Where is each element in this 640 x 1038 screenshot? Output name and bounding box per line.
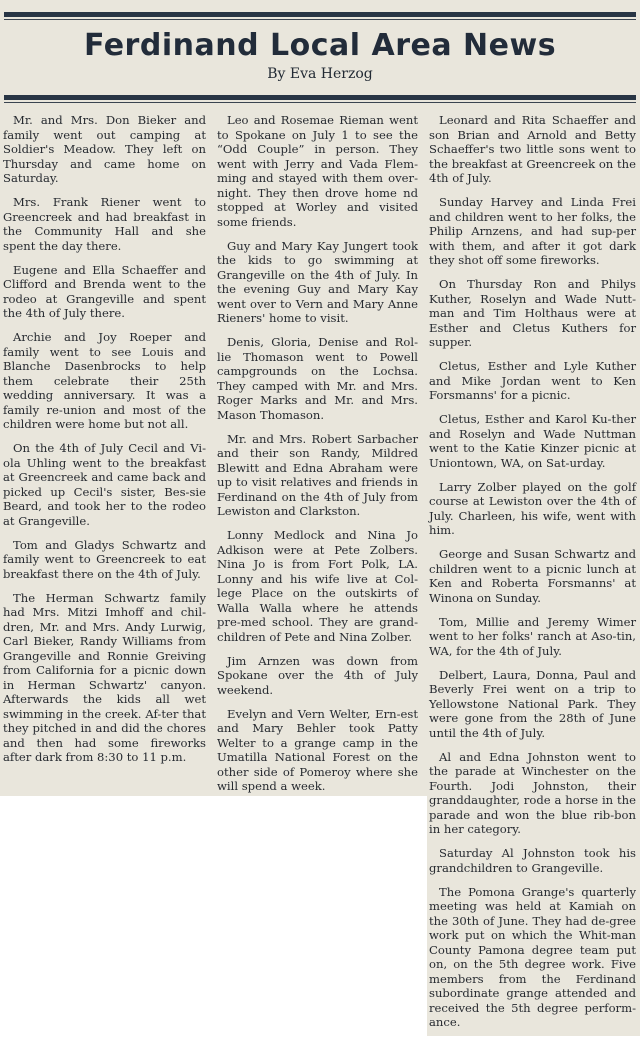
- article-column-1: Mr. and Mrs. Don Bieker and family went …: [3, 113, 206, 774]
- news-item: On Thursday Ron and Philys Kuther, Rosel…: [429, 277, 636, 350]
- article-column-3: Leonard and Rita Schaeffer and son Brian…: [429, 113, 636, 1038]
- news-item: Lonny Medlock and Nina Jo Adkison were a…: [217, 528, 418, 644]
- news-item: Mrs. Frank Riener went to Greencreek and…: [3, 195, 206, 253]
- rule-thick-line: [4, 12, 636, 17]
- rule-thin-line: [4, 19, 636, 20]
- news-item: The Pomona Grange's quarterly meeting wa…: [429, 885, 636, 1030]
- news-item: Sunday Harvey and Linda Frei and childre…: [429, 195, 636, 268]
- rule-thin-line: [4, 102, 636, 103]
- article-column-2: Leo and Rosemae Rieman went to Spokane o…: [217, 113, 418, 803]
- news-item: Leo and Rosemae Rieman went to Spokane o…: [217, 113, 418, 229]
- article-title: Ferdinand Local Area News: [0, 28, 640, 64]
- news-item: Cletus, Esther and Karol Ku-ther and Ros…: [429, 412, 636, 470]
- news-item: George and Susan Schwartz and children w…: [429, 547, 636, 605]
- news-item: Tom, Millie and Jeremy Wimer went to her…: [429, 615, 636, 659]
- news-item: Mr. and Mrs. Don Bieker and family went …: [3, 113, 206, 186]
- news-item: Delbert, Laura, Donna, Paul and Beverly …: [429, 668, 636, 741]
- news-item: Saturday Al Johnston took his grandchild…: [429, 846, 636, 875]
- rule-thick-line: [4, 95, 636, 100]
- news-item: The Herman Schwartz family had Mrs. Mitz…: [3, 591, 206, 765]
- news-item: Leonard and Rita Schaeffer and son Brian…: [429, 113, 636, 186]
- news-item: Tom and Gladys Schwartz and family went …: [3, 538, 206, 582]
- news-item: Evelyn and Vern Welter, Ern-est and Mary…: [217, 707, 418, 794]
- news-item: Al and Edna Johnston went to the parade …: [429, 750, 636, 837]
- news-item: Guy and Mary Kay Jungert took the kids t…: [217, 239, 418, 326]
- news-item: Denis, Gloria, Denise and Rol-lie Thomas…: [217, 335, 418, 422]
- news-item: Mr. and Mrs. Robert Sarbacher and their …: [217, 432, 418, 519]
- article-byline: By Eva Herzog: [0, 65, 640, 83]
- news-item: Larry Zolber played on the golf course a…: [429, 480, 636, 538]
- news-item: Jim Arnzen was down from Spokane over th…: [217, 654, 418, 698]
- news-item: Cletus, Esther and Lyle Kuther and Mike …: [429, 359, 636, 403]
- news-item: On the 4th of July Cecil and Vi-ola Uhli…: [3, 441, 206, 528]
- news-item: Archie and Joy Roeper and family went to…: [3, 330, 206, 432]
- masthead-rule-top: [4, 12, 636, 20]
- masthead-rule-bottom: [4, 95, 636, 103]
- news-item: Eugene and Ella Schaeffer and Clifford a…: [3, 263, 206, 321]
